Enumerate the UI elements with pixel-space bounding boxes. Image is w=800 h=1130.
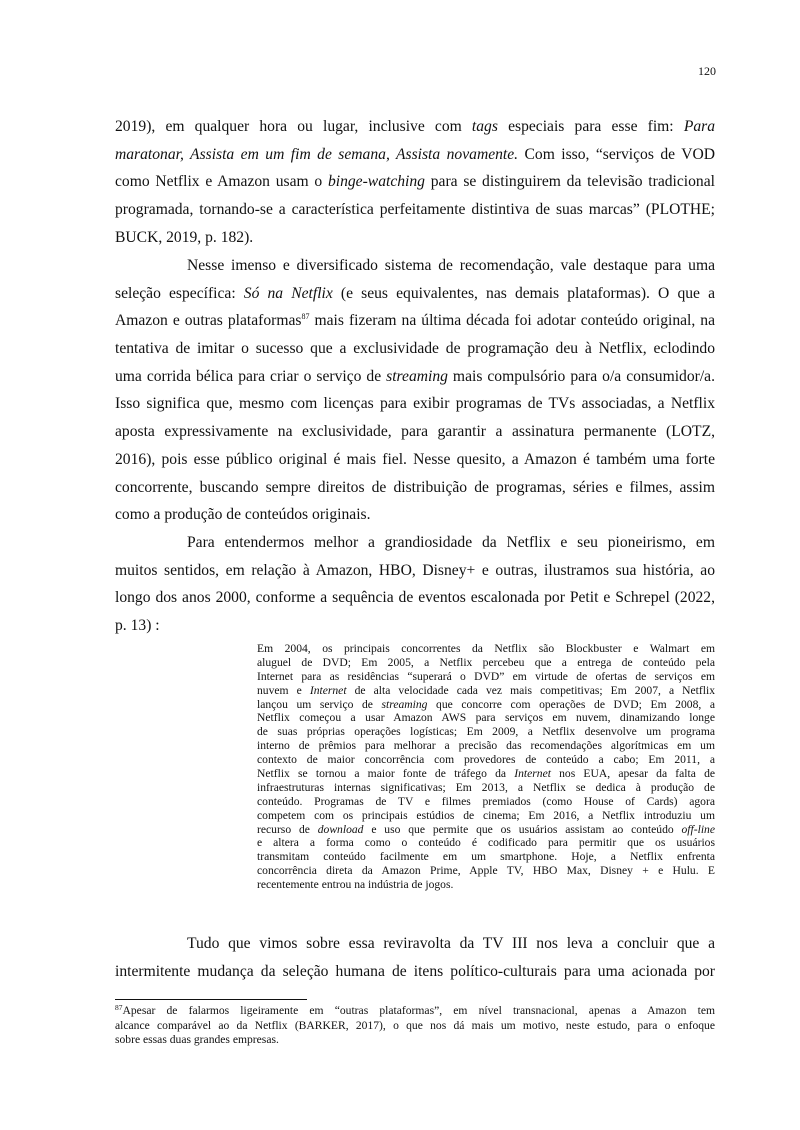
footnote-line: 87Apesar de falarmos ligeiramente em “ou… (115, 1004, 715, 1019)
quote-line: Netflix se tornou a maior fonte de tráfe… (257, 767, 715, 781)
text-line: tentativa de imitar o sucesso que a excl… (115, 335, 715, 363)
text-line: BUCK, 2019, p. 182). (115, 224, 715, 252)
quote-line: Internet para as residências “superará o… (257, 670, 715, 684)
paragraph-conclusion: Tudo que vimos sobre essa reviravolta da… (115, 930, 715, 985)
text-line: seleção específica: Só na Netflix (e seu… (115, 280, 715, 308)
quote-line: transmitam conteúdo facilmente em um sma… (257, 850, 715, 864)
quote-line: nuvem e Internet de alta velocidade cada… (257, 684, 715, 698)
text-line: maratonar, Assista em um fim de semana, … (115, 141, 715, 169)
footnote-divider (115, 999, 307, 1000)
quote-line: recentemente entrou na indústria de jogo… (257, 878, 715, 892)
quote-line: lançou um serviço de streaming que conco… (257, 698, 715, 712)
paragraph-netflix-history-intro: Para entendermos melhor a grandiosidade … (115, 529, 715, 640)
text-line: como a produção de conteúdos originais. (115, 501, 715, 529)
text-line: Para entendermos melhor a grandiosidade … (115, 529, 715, 557)
text-line: 2016), pois esse público original é mais… (115, 446, 715, 474)
quote-line: recurso de download e uso que permite qu… (257, 823, 715, 837)
text-line: longo dos anos 2000, conforme a sequênci… (115, 584, 715, 612)
text-line: intermitente mudança da seleção humana d… (115, 958, 715, 986)
quote-line: competem com os principais estúdios de c… (257, 809, 715, 823)
quote-line: de suas próprias operações logísticas; E… (257, 725, 715, 739)
paragraph-recommendation: Nesse imenso e diversificado sistema de … (115, 252, 715, 529)
text-line: uma corrida bélica para criar o serviço … (115, 363, 715, 391)
text-line: aposta expressivamente na exclusividade,… (115, 418, 715, 446)
text-line: concorrente, buscando sempre direitos de… (115, 474, 715, 502)
quote-line: aluguel de DVD; Em 2005, a Netflix perce… (257, 656, 715, 670)
quote-line: Em 2004, os principais concorrentes da N… (257, 642, 715, 656)
quote-line: e altera a forma como o conteúdo é codif… (257, 836, 715, 850)
text-line: 2019), em qualquer hora ou lugar, inclus… (115, 113, 715, 141)
text-line: Nesse imenso e diversificado sistema de … (115, 252, 715, 280)
footnote-marker: 87 (115, 1003, 123, 1012)
footnote: 87Apesar de falarmos ligeiramente em “ou… (115, 1004, 715, 1048)
text-line: Tudo que vimos sobre essa reviravolta da… (115, 930, 715, 958)
page-number: 120 (676, 64, 716, 79)
text-line: como Netflix e Amazon usam o binge-watch… (115, 168, 715, 196)
footnote-line: alcance comparável ao da Netflix (BARKER… (115, 1019, 715, 1034)
quote-line: contexto de maior concorrência com prove… (257, 753, 715, 767)
block-quote: Em 2004, os principais concorrentes da N… (257, 642, 715, 892)
text-line: programada, tornando-se a característica… (115, 196, 715, 224)
quote-line: concorrência direta da Amazon Prime, App… (257, 864, 715, 878)
quote-line: Netflix começou a usar Amazon AWS para s… (257, 711, 715, 725)
quote-line: interno de prêmios para melhorar a preci… (257, 739, 715, 753)
paragraph-continuation: 2019), em qualquer hora ou lugar, inclus… (115, 113, 715, 251)
quote-line: infraestruturas internas significativas;… (257, 781, 715, 795)
text-line: muitos sentidos, em relação à Amazon, HB… (115, 557, 715, 585)
text-line: Isso significa que, mesmo com licenças p… (115, 390, 715, 418)
text-line: Amazon e outras plataformas87 mais fizer… (115, 307, 715, 335)
text-line: p. 13) : (115, 612, 715, 640)
footnote-line: sobre essas duas grandes empresas. (115, 1033, 715, 1048)
quote-line: conteúdo. Programas de TV e filmes premi… (257, 795, 715, 809)
